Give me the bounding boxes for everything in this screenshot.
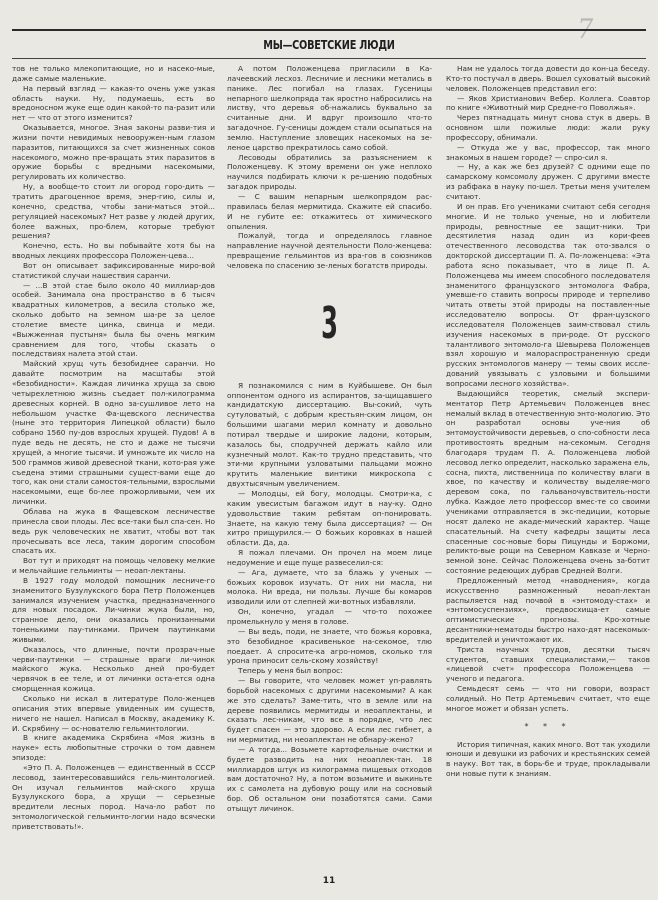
paragraph: Он, конечно, угадал — что-то похожее про… bbox=[227, 607, 432, 627]
paragraph: Облава на жука в Фащевском лесничестве п… bbox=[12, 507, 215, 556]
paragraph: Пожалуй, тогда и определялось главное на… bbox=[227, 231, 432, 270]
paragraph: На первый взгляд — какая-то очень уже уз… bbox=[12, 84, 215, 123]
paragraph: Теперь у меня был вопрос: bbox=[227, 666, 432, 676]
column-1: тов не только млекопитающие, но и насеко… bbox=[12, 64, 215, 832]
paragraph: Лесоводы обратились за разъяснением к По… bbox=[227, 153, 432, 192]
paragraph: Триста научных трудов, десятки тысяч сту… bbox=[446, 645, 650, 684]
paragraph: — А тогда... Возьмете картофельные очист… bbox=[227, 745, 432, 814]
paragraph: — Вы ведь, поди, не знаете, что божья ко… bbox=[227, 627, 432, 666]
paragraph: Предложенный метод «наводнения», когда и… bbox=[446, 576, 650, 645]
column-3: Нам не удалось тогда довести до кон-ца б… bbox=[446, 64, 650, 779]
paragraph: — Молодцы, ей богу, молодцы. Смотри-ка, … bbox=[227, 489, 432, 548]
paragraph: В 1927 году молодой помощник лесниче-го … bbox=[12, 576, 215, 645]
chapter-numeral: 3 bbox=[273, 302, 386, 346]
paragraph: Конечно, есть. Но вы побывайте хотя бы н… bbox=[12, 241, 215, 261]
paragraph: Оказывается, многое. Зная законы разви-т… bbox=[12, 123, 215, 182]
paragraph: Через пятнадцать минут снова стук в двер… bbox=[446, 113, 650, 143]
paragraph: И он прав. Его учениками считают себя се… bbox=[446, 202, 650, 389]
paragraph: — ...В этой стае было около 40 миллиар-д… bbox=[12, 281, 215, 360]
section-separator: * * * bbox=[446, 722, 650, 732]
paragraph: Выдающийся теоретик, смелый экспери-мент… bbox=[446, 389, 650, 576]
paragraph: Майский хрущ чуть безобиднее саранчи. Но… bbox=[12, 359, 215, 507]
paragraph: Вот тут и приходят на помощь человеку ме… bbox=[12, 556, 215, 576]
paragraph: Я пожал плечами. Он прочел на моем лице … bbox=[227, 548, 432, 568]
paragraph: Нам не удалось тогда довести до кон-ца б… bbox=[446, 64, 650, 94]
paragraph: — Вы говорите, что человек может уп-равл… bbox=[227, 676, 432, 745]
paragraph: Ну, а вообще-то стоит ли огород горо-дит… bbox=[12, 182, 215, 241]
paragraph: Я познакомился с ним в Куйбышеве. Он был… bbox=[227, 381, 432, 489]
section-title: МЫ—СОВЕТСКИЕ ЛЮДИ bbox=[72, 31, 585, 58]
paragraph: История типичная, каких много. Вот так у… bbox=[446, 740, 650, 779]
paragraph: — С вашим непарным шелкопрядом рас-прави… bbox=[227, 192, 432, 231]
paragraph: — Яков Христианович Вебер. Коллега. Соав… bbox=[446, 94, 650, 114]
paragraph: — Откуда же у вас, профессор, так много … bbox=[446, 143, 650, 163]
paragraph: В книге академика Скрябина «Моя жизнь в … bbox=[12, 733, 215, 763]
paragraph: Семьдесят семь — что ни говори, возраст … bbox=[446, 684, 650, 714]
column-2: А потом Положенцева пригласили в Ка-лаче… bbox=[227, 64, 432, 814]
paragraph: — Ну, а как же без друзей? С одними еще … bbox=[446, 162, 650, 201]
quote-paragraph: «Это П. А. Положенцев — единственный в С… bbox=[12, 763, 215, 832]
page-number: 11 bbox=[0, 876, 658, 886]
paragraph: Вот он описывает зафиксированные миро-во… bbox=[12, 261, 215, 281]
paragraph: — Ага, думаете, что за блажь у ученых — … bbox=[227, 568, 432, 607]
paragraph: А потом Положенцева пригласили в Ка-лаче… bbox=[227, 64, 432, 153]
paragraph: Сколько ни искал в литературе Поло-женце… bbox=[12, 694, 215, 733]
paragraph: Оказалось, что длинные, почти прозрач-ны… bbox=[12, 645, 215, 694]
header-bottom-rule bbox=[12, 58, 646, 59]
paragraph: тов не только млекопитающие, но и насеко… bbox=[12, 64, 215, 84]
